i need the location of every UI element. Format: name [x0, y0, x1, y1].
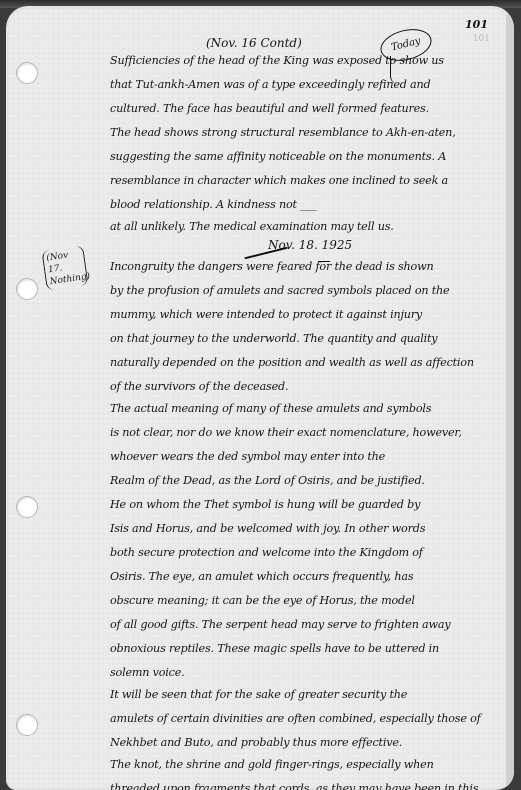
entry-date: Nov. 18. 1925: [268, 238, 352, 252]
handwritten-line: that Tut-ankh-Amen was of a type exceedi…: [110, 78, 500, 91]
handwritten-line: The head shows strong structural resembl…: [110, 126, 500, 139]
handwritten-line: is not clear, nor do we know their exact…: [110, 426, 500, 439]
handwritten-line: The knot, the shrine and gold finger-rin…: [110, 758, 500, 771]
binder-hole: [16, 62, 38, 84]
handwritten-line: whoever wears the ded symbol may enter i…: [110, 450, 500, 463]
handwritten-line: blood relationship. A kindness not ___: [110, 198, 500, 211]
page-number-faint: 101: [473, 34, 490, 44]
handwritten-line: mummy, which were intended to protect it…: [110, 308, 500, 321]
handwritten-line: at all unlikely. The medical examination…: [110, 220, 500, 233]
handwritten-line: suggesting the same affinity noticeable …: [110, 150, 500, 163]
handwritten-line: Sufficiencies of the head of the King wa…: [110, 54, 500, 67]
handwritten-line: solemn voice.: [110, 666, 500, 679]
page-edge: [506, 14, 514, 788]
handwritten-line: The actual meaning of many of these amul…: [110, 402, 500, 415]
entry-heading: (Nov. 16 Contd): [206, 36, 302, 50]
handwritten-line: by the profusion of amulets and sacred s…: [110, 284, 500, 297]
handwritten-line: He on whom the Thet symbol is hung will …: [110, 498, 500, 511]
handwritten-line: Isis and Horus, and be welcomed with joy…: [110, 522, 500, 535]
handwritten-line: Realm of the Dead, as the Lord of Osiris…: [110, 474, 500, 487]
handwritten-line: obscure meaning; it can be the eye of Ho…: [110, 594, 500, 607]
margin-note: (Nov 17. Nothing): [41, 245, 88, 290]
handwritten-line: Osiris. The eye, an amulet which occurs …: [110, 570, 500, 583]
handwritten-line: amulets of certain divinities are often …: [110, 712, 500, 725]
binder-hole: [16, 714, 38, 736]
handwritten-line: on that journey to the underworld. The q…: [110, 332, 500, 345]
handwritten-line: resemblance in character which makes one…: [110, 174, 500, 187]
binder-hole: [16, 278, 38, 300]
handwritten-line: of the survivors of the deceased.: [110, 380, 500, 393]
handwritten-line: obnoxious reptiles. These magic spells h…: [110, 642, 500, 655]
handwritten-line: threaded upon fragments that cords, as t…: [110, 782, 500, 788]
page-number: 101: [465, 18, 488, 31]
handwritten-line: Incongruity the dangers were feared for …: [110, 260, 500, 273]
handwritten-line: It will be seen that for the sake of gre…: [110, 688, 500, 701]
date-underline: [318, 261, 330, 262]
handwritten-line: of all good gifts. The serpent head may …: [110, 618, 500, 631]
handwritten-line: naturally depended on the position and w…: [110, 356, 500, 369]
notebook-page: 101 101 (Nov. 16 Contd) Today Sufficienc…: [6, 6, 514, 788]
binder-hole: [16, 496, 38, 518]
handwritten-line: cultured. The face has beautiful and wel…: [110, 102, 500, 115]
handwritten-line: both secure protection and welcome into …: [110, 546, 500, 559]
handwritten-line: Nekhbet and Buto, and probably thus more…: [110, 736, 500, 749]
